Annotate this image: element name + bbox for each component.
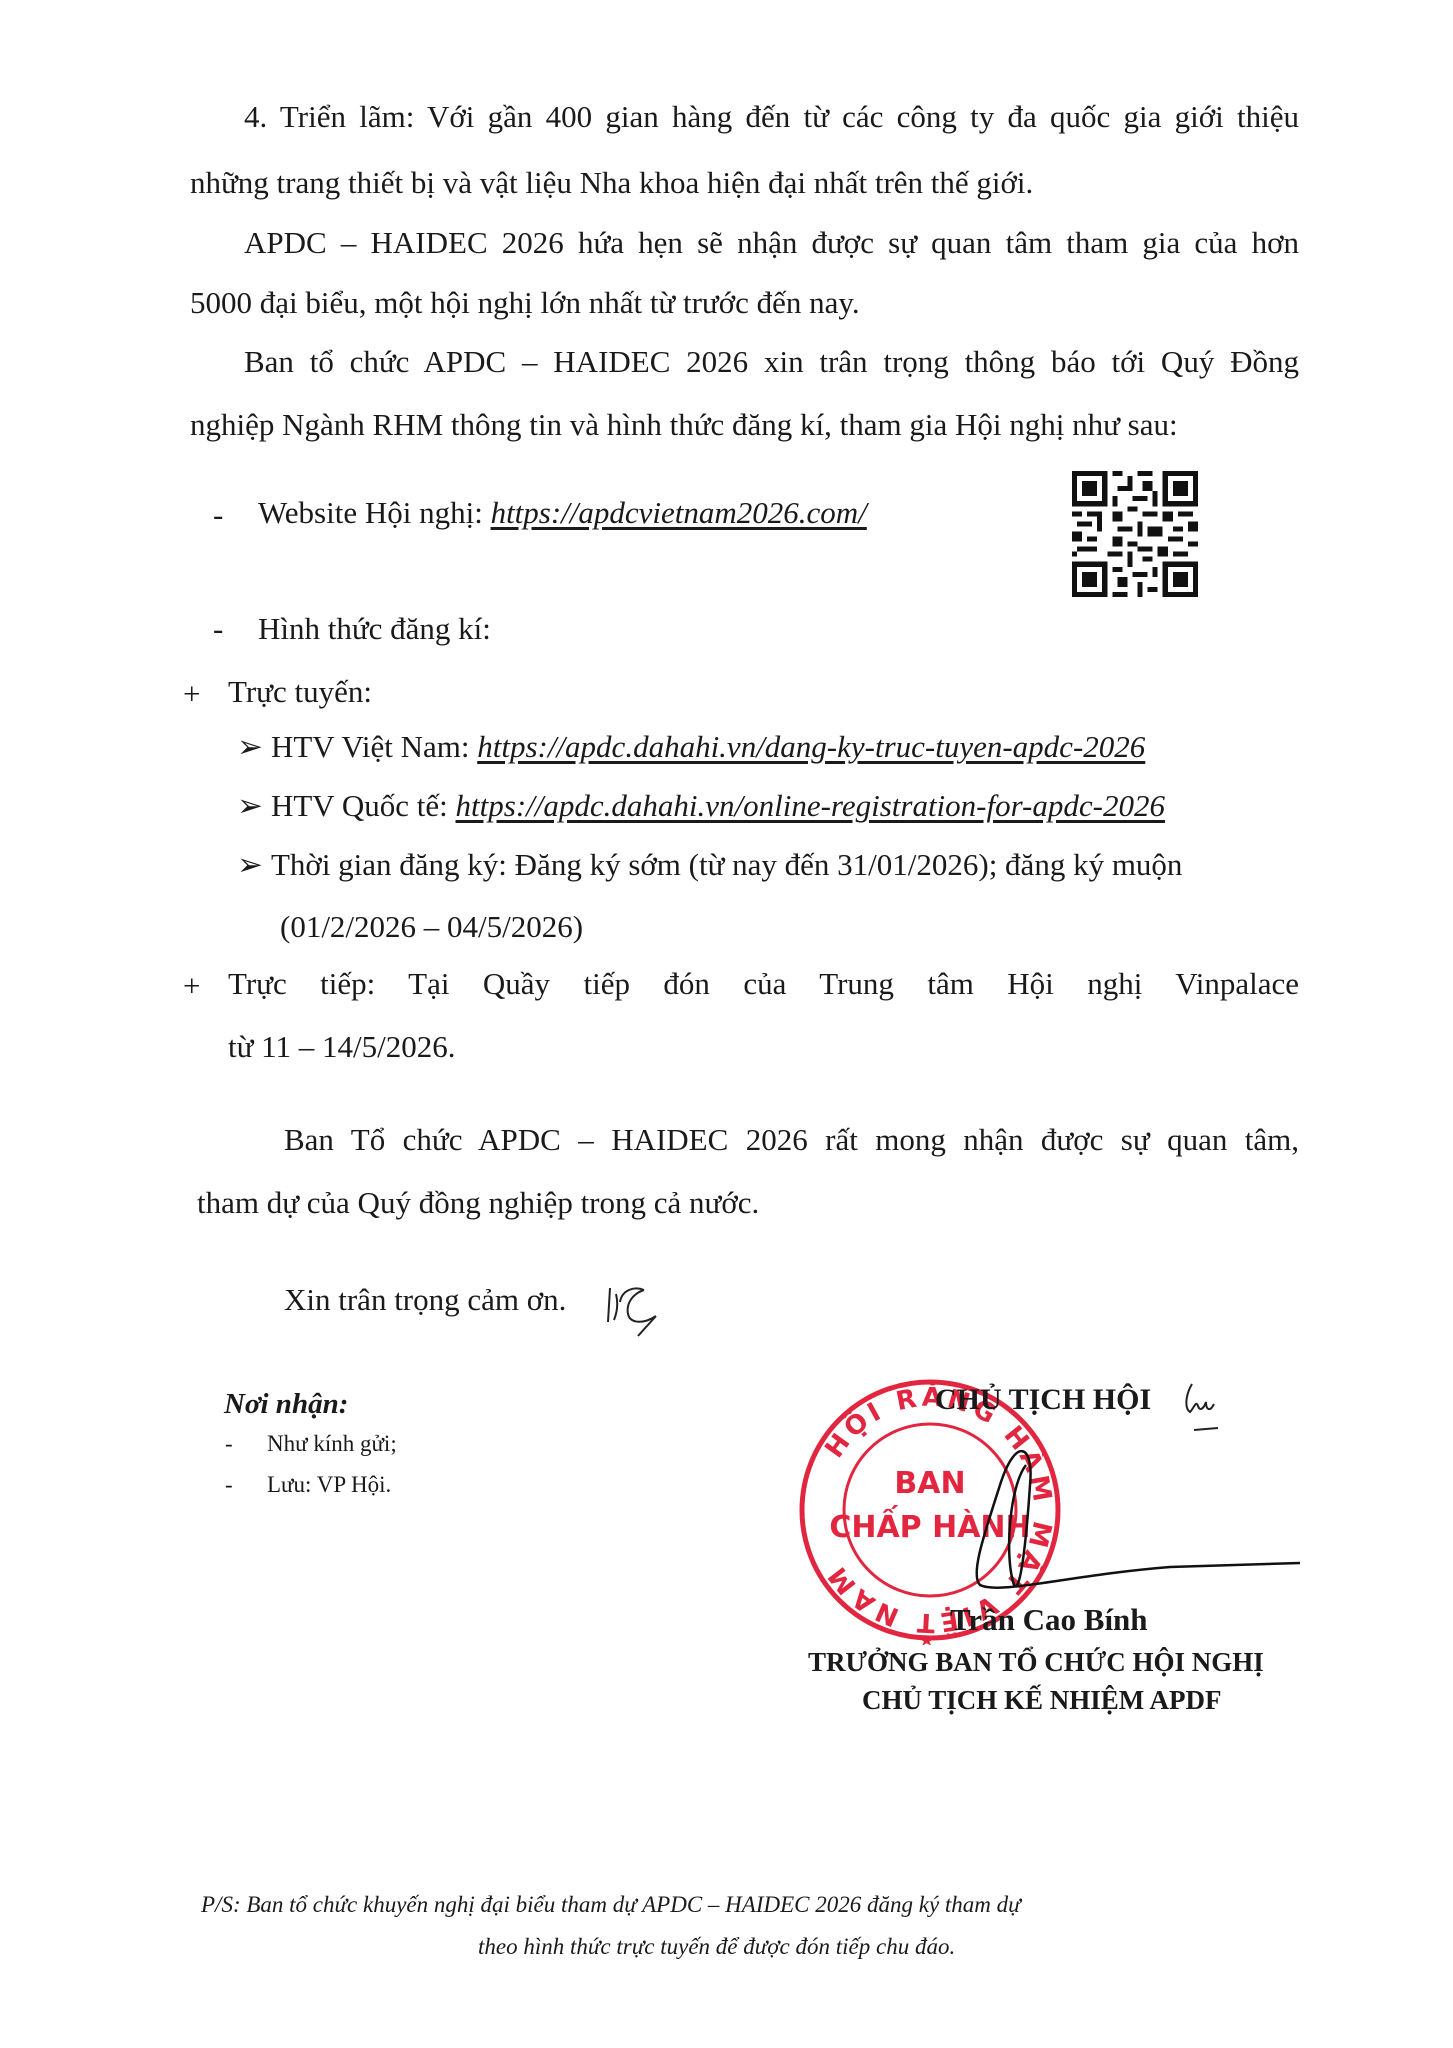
website-label: Website Hội nghị:	[258, 495, 491, 530]
website-link[interactable]: https://apdcvietnam2026.com/	[491, 495, 867, 530]
recipient-item: Như kính gửi;	[267, 1429, 397, 1459]
onsite-line1: Trực tiếp: Tại Quầy tiếp đón của Trung t…	[228, 964, 1299, 1004]
online-bullet: +	[183, 674, 200, 714]
htv-international-row: ➢HTV Quốc tế: https://apdc.dahahi.vn/onl…	[237, 786, 1165, 826]
closing-line2: tham dự của Quý đồng nghiệp trong cả nướ…	[197, 1183, 759, 1223]
delegates-paragraph-line2: 5000 đại biểu, một hội nghị lớn nhất từ …	[190, 283, 860, 323]
document-page: 4. Triển lãm: Với gần 400 gian hàng đến …	[0, 0, 1453, 2048]
arrow-bullet-icon: ➢	[237, 847, 263, 882]
announcement-paragraph-line2: nghiệp Ngành RHM thông tin và hình thức …	[190, 405, 1178, 445]
recipients-title: Nơi nhận:	[224, 1384, 348, 1424]
signature-title: CHỦ TỊCH HỘI	[935, 1380, 1151, 1420]
website-row: Website Hội nghị: https://apdcvietnam202…	[258, 493, 867, 533]
handwritten-signature-icon	[970, 1425, 1320, 1625]
online-label: Trực tuyến:	[228, 672, 372, 712]
recipient-bullet: -	[225, 1429, 233, 1459]
arrow-bullet-icon: ➢	[237, 729, 263, 764]
website-bullet: -	[213, 495, 223, 535]
announcement-paragraph-line1: Ban tổ chức APDC – HAIDEC 2026 xin trân …	[244, 342, 1299, 382]
htv-international-label: HTV Quốc tế:	[271, 788, 456, 823]
recipient-item: Lưu: VP Hội.	[267, 1470, 391, 1500]
exhibition-paragraph-line1: 4. Triển lãm: Với gần 400 gian hàng đến …	[244, 97, 1299, 137]
registration-label: Hình thức đăng kí:	[258, 609, 491, 649]
registration-bullet: -	[213, 609, 223, 649]
signatory-role-2: CHỦ TỊCH KẾ NHIỆM APDF	[862, 1680, 1222, 1720]
htv-international-link[interactable]: https://apdc.dahahi.vn/online-registrati…	[456, 788, 1165, 823]
stamp-center-line1: BAN	[894, 1466, 965, 1501]
onsite-line2: từ 11 – 14/5/2026.	[228, 1027, 456, 1067]
ps-line2: theo hình thức trực tuyến để được đón ti…	[478, 1932, 955, 1962]
signatory-name: Trần Cao Bính	[950, 1600, 1148, 1640]
qr-code-icon[interactable]	[1071, 471, 1199, 597]
recipient-bullet: -	[225, 1470, 233, 1500]
exhibition-paragraph-line2: những trang thiết bị và vật liệu Nha kho…	[190, 163, 1033, 203]
htv-vietnam-label: HTV Việt Nam:	[271, 729, 477, 764]
registration-period-row: ➢Thời gian đăng ký: Đăng ký sớm (từ nay …	[237, 845, 1182, 885]
onsite-bullet: +	[183, 966, 200, 1006]
initials-signature-icon	[604, 1280, 676, 1340]
htv-vietnam-link[interactable]: https://apdc.dahahi.vn/dang-ky-truc-tuye…	[477, 729, 1145, 764]
late-registration-period: (01/2/2026 – 04/5/2026)	[280, 907, 583, 947]
thanks-text: Xin trân trọng cảm ơn.	[284, 1280, 566, 1320]
signatory-role-1: TRƯỞNG BAN TỔ CHỨC HỘI NGHỊ	[808, 1642, 1264, 1682]
registration-period-text: Thời gian đăng ký: Đăng ký sớm (từ nay đ…	[271, 847, 1182, 882]
delegates-paragraph-line1: APDC – HAIDEC 2026 hứa hẹn sẽ nhận được …	[244, 223, 1299, 263]
ps-line1: P/S: Ban tổ chức khuyến nghị đại biểu th…	[201, 1890, 1021, 1920]
arrow-bullet-icon: ➢	[237, 788, 263, 823]
closing-line1: Ban Tổ chức APDC – HAIDEC 2026 rất mong …	[284, 1120, 1299, 1160]
htv-vietnam-row: ➢HTV Việt Nam: https://apdc.dahahi.vn/da…	[237, 727, 1145, 767]
